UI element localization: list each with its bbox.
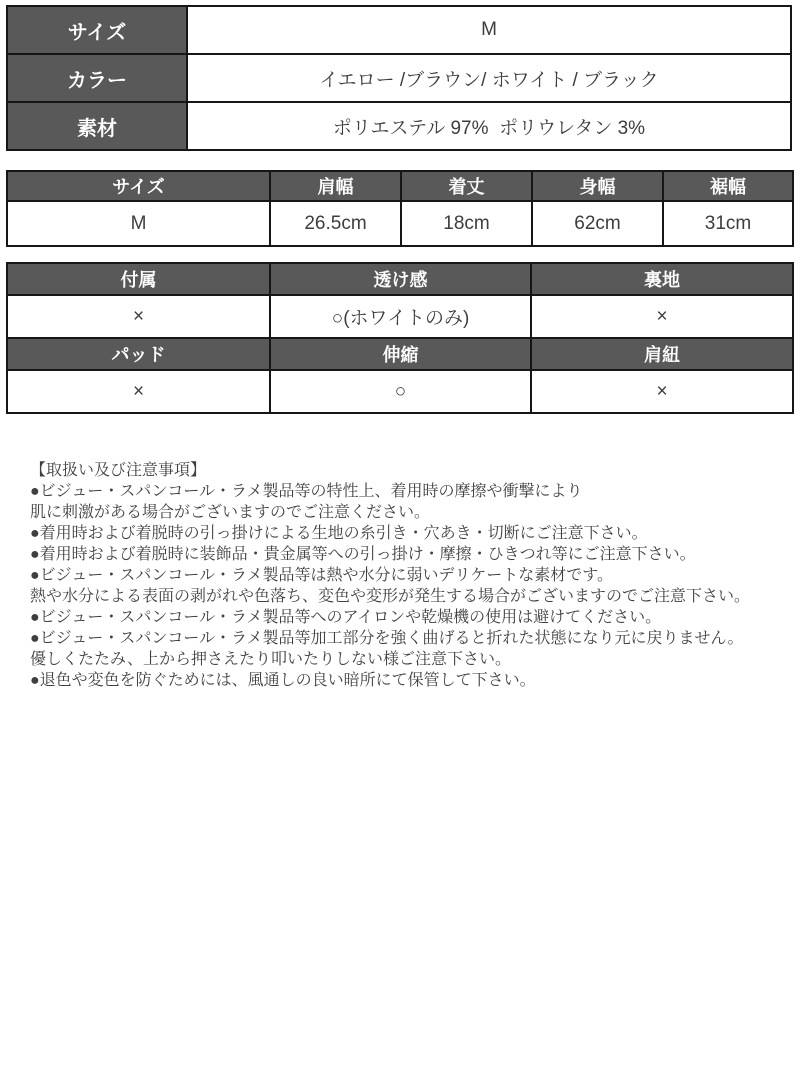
feature-header-stretch: 伸縮: [270, 338, 531, 370]
measurement-header-length: 着丈: [401, 171, 532, 201]
care-note-line: ●ビジュー・スパンコール・ラメ製品等は熱や水分に弱いデリケートな素材です。: [30, 565, 764, 586]
measurement-header-width: 身幅: [532, 171, 663, 201]
care-note-line: ●ビジュー・スパンコール・ラメ製品等加工部分を強く曲げると折れた状態になり元に戻…: [30, 628, 764, 649]
spec-label-size: サイズ: [7, 6, 187, 54]
feature-value-strap: ×: [531, 370, 793, 413]
feature-header-accessory: 付属: [7, 263, 270, 295]
feature-header-row-1: 付属 透け感 裏地: [7, 263, 793, 295]
feature-value-lining: ×: [531, 295, 793, 338]
feature-value-pad: ×: [7, 370, 270, 413]
measurement-value-length: 18cm: [401, 201, 532, 246]
measurement-value-hem: 31cm: [663, 201, 793, 246]
product-spec-table: サイズ M カラー イエロー /ブラウン/ ホワイト / ブラック 素材 ポリエ…: [6, 5, 792, 151]
feature-value-sheer: ○(ホワイトのみ): [270, 295, 531, 338]
feature-header-row-2: パッド 伸縮 肩紐: [7, 338, 793, 370]
feature-header-sheer: 透け感: [270, 263, 531, 295]
feature-header-lining: 裏地: [531, 263, 793, 295]
spec-row-size: サイズ M: [7, 6, 791, 54]
care-note-line: 優しくたたみ、上から押さえたり叩いたりしない様ご注意下さい。: [30, 649, 764, 670]
care-notes: 【取扱い及び注意事項】 ●ビジュー・スパンコール・ラメ製品等の特性上、着用時の摩…: [0, 460, 800, 691]
care-notes-title: 【取扱い及び注意事項】: [30, 460, 764, 481]
spec-value-material: ポリエステル 97% ポリウレタン 3%: [187, 102, 791, 150]
care-note-line: 肌に刺激がある場合がございますのでご注意ください。: [30, 502, 764, 523]
feature-value-row-1: × ○(ホワイトのみ) ×: [7, 295, 793, 338]
feature-header-pad: パッド: [7, 338, 270, 370]
feature-header-strap: 肩紐: [531, 338, 793, 370]
measurement-value-width: 62cm: [532, 201, 663, 246]
measurement-value-shoulder: 26.5cm: [270, 201, 401, 246]
measurement-value-row: M 26.5cm 18cm 62cm 31cm: [7, 201, 793, 246]
measurement-header-size: サイズ: [7, 171, 270, 201]
measurement-header-shoulder: 肩幅: [270, 171, 401, 201]
measurement-value-size: M: [7, 201, 270, 246]
measurement-header-row: サイズ 肩幅 着丈 身幅 裾幅: [7, 171, 793, 201]
spec-label-material: 素材: [7, 102, 187, 150]
feature-value-accessory: ×: [7, 295, 270, 338]
measurement-table: サイズ 肩幅 着丈 身幅 裾幅 M 26.5cm 18cm 62cm 31cm: [6, 170, 794, 247]
feature-value-row-2: × ○ ×: [7, 370, 793, 413]
spec-value-size: M: [187, 6, 791, 54]
spec-row-material: 素材 ポリエステル 97% ポリウレタン 3%: [7, 102, 791, 150]
care-note-line: ●ビジュー・スパンコール・ラメ製品等へのアイロンや乾燥機の使用は避けてください。: [30, 607, 764, 628]
care-note-line: ●着用時および着脱時に装飾品・貴金属等への引っ掛け・摩擦・ひきつれ等にご注意下さ…: [30, 544, 764, 565]
measurement-header-hem: 裾幅: [663, 171, 793, 201]
spec-value-color: イエロー /ブラウン/ ホワイト / ブラック: [187, 54, 791, 102]
spec-row-color: カラー イエロー /ブラウン/ ホワイト / ブラック: [7, 54, 791, 102]
care-note-line: ●ビジュー・スパンコール・ラメ製品等の特性上、着用時の摩擦や衝撃により: [30, 481, 764, 502]
care-note-line: ●着用時および着脱時の引っ掛けによる生地の糸引き・穴あき・切断にご注意下さい。: [30, 523, 764, 544]
spec-label-color: カラー: [7, 54, 187, 102]
feature-table: 付属 透け感 裏地 × ○(ホワイトのみ) × パッド 伸縮 肩紐 × ○ ×: [6, 262, 794, 414]
feature-value-stretch: ○: [270, 370, 531, 413]
care-note-line: ●退色や変色を防ぐためには、風通しの良い暗所にて保管して下さい。: [30, 670, 764, 691]
care-note-line: 熱や水分による表面の剥がれや色落ち、変色や変形が発生する場合がございますのでご注…: [30, 586, 764, 607]
